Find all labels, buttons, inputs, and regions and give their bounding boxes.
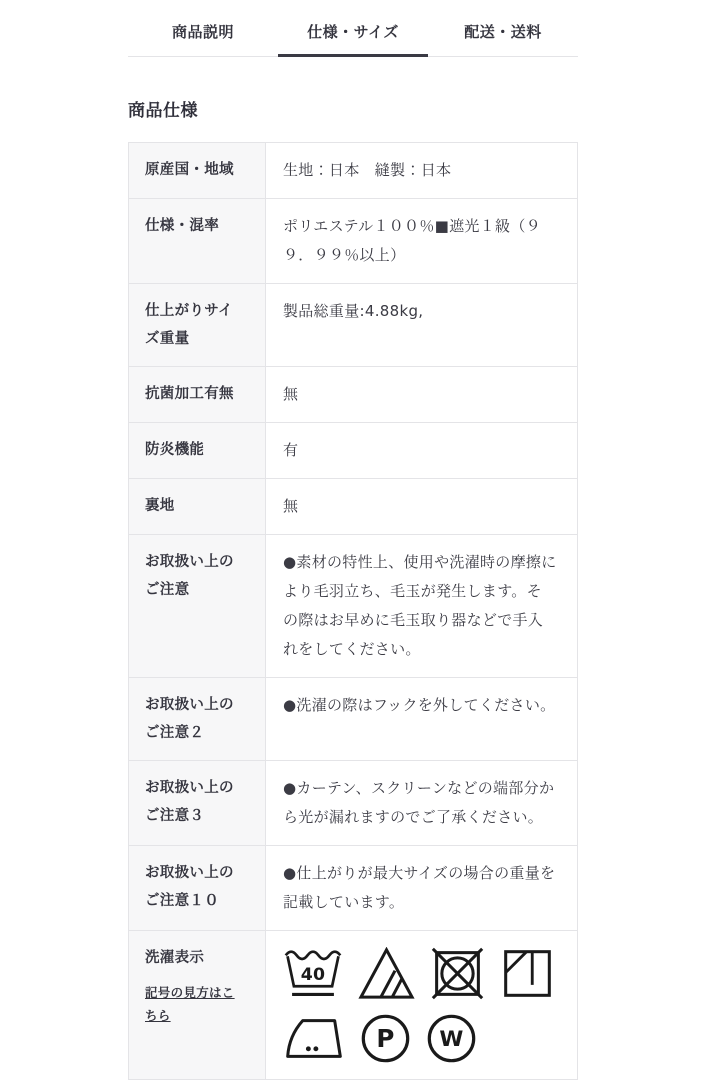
row-label: お取扱い上のご注意２ [129, 678, 266, 761]
tab-shipping[interactable]: 配送・送料 [428, 10, 578, 57]
care-symbol-guide-link[interactable]: 記号の見方はこちら [145, 981, 245, 1027]
row-label: お取扱い上のご注意１０ [129, 846, 266, 931]
row-label: 抗菌加工有無 [129, 367, 266, 423]
row-label: お取扱い上のご注意 [129, 535, 266, 678]
row-label: 裏地 [129, 479, 266, 535]
non-chlorine-bleach-icon [358, 947, 415, 1000]
row-label: 洗濯表示 記号の見方はこちら [129, 931, 266, 1080]
product-spec-panel: 商品説明 仕様・サイズ 配送・送料 商品仕様 原産国・地域 生地：日本 縫製：日… [128, 10, 578, 1080]
row-label: 仕上がりサイズ重量 [129, 284, 266, 367]
table-row: お取扱い上のご注意３ ●カーテン、スクリーンなどの端部分から光が漏れますのでご了… [129, 761, 578, 846]
table-row: 仕様・混率 ポリエステル１００％■遮光１級（９９．９９％以上） [129, 199, 578, 284]
svg-text:40: 40 [301, 965, 326, 985]
table-row: 裏地 無 [129, 479, 578, 535]
row-value: 無 [266, 479, 578, 535]
table-row: お取扱い上のご注意１０ ●仕上がりが最大サイズの場合の重量を記載しています。 [129, 846, 578, 931]
shade-hang-dry-icon [500, 946, 555, 1001]
do-not-tumble-dry-icon [430, 946, 485, 1001]
row-value: 製品総重量:4.88kg, [266, 284, 578, 367]
row-label: お取扱い上のご注意３ [129, 761, 266, 846]
row-value: ●洗濯の際はフックを外してください。 [266, 678, 578, 761]
row-value: 無 [266, 367, 578, 423]
spec-table: 原産国・地域 生地：日本 縫製：日本 仕様・混率 ポリエステル１００％■遮光１級… [128, 142, 578, 1080]
care-symbols-cell: 40 [266, 931, 578, 1080]
dry-clean-P-icon: P [360, 1013, 411, 1064]
row-value: ●素材の特性上、使用や洗濯時の摩擦により毛羽立ち、毛玉が発生します。その際はお早… [266, 535, 578, 678]
table-row-care-symbols: 洗濯表示 記号の見方はこちら 40 [129, 931, 578, 1080]
wash-40-mild-icon: 40 [283, 947, 343, 1000]
care-icons-grid: 40 [283, 944, 557, 1066]
iron-medium-icon [283, 1014, 345, 1063]
table-row: 抗菌加工有無 無 [129, 367, 578, 423]
row-label: 防炎機能 [129, 423, 266, 479]
table-row: 原産国・地域 生地：日本 縫製：日本 [129, 143, 578, 199]
table-row: お取扱い上のご注意２ ●洗濯の際はフックを外してください。 [129, 678, 578, 761]
table-row: 防炎機能 有 [129, 423, 578, 479]
tab-spec-size[interactable]: 仕様・サイズ [278, 10, 428, 57]
row-value: ●仕上がりが最大サイズの場合の重量を記載しています。 [266, 846, 578, 931]
table-row: 仕上がりサイズ重量 製品総重量:4.88kg, [129, 284, 578, 367]
wet-clean-W-icon: W [426, 1013, 477, 1064]
tab-product-description[interactable]: 商品説明 [128, 10, 278, 57]
tab-bar: 商品説明 仕様・サイズ 配送・送料 [128, 10, 578, 57]
svg-text:W: W [439, 1027, 463, 1052]
row-label: 仕様・混率 [129, 199, 266, 284]
row-value: ポリエステル１００％■遮光１級（９９．９９％以上） [266, 199, 578, 284]
row-value: 有 [266, 423, 578, 479]
row-value: 生地：日本 縫製：日本 [266, 143, 578, 199]
row-label: 原産国・地域 [129, 143, 266, 199]
page-title: 商品仕様 [128, 96, 578, 121]
row-value: ●カーテン、スクリーンなどの端部分から光が漏れますのでご了承ください。 [266, 761, 578, 846]
table-row: お取扱い上のご注意 ●素材の特性上、使用や洗濯時の摩擦により毛羽立ち、毛玉が発生… [129, 535, 578, 678]
svg-text:P: P [376, 1024, 394, 1053]
care-label: 洗濯表示 [145, 950, 204, 966]
